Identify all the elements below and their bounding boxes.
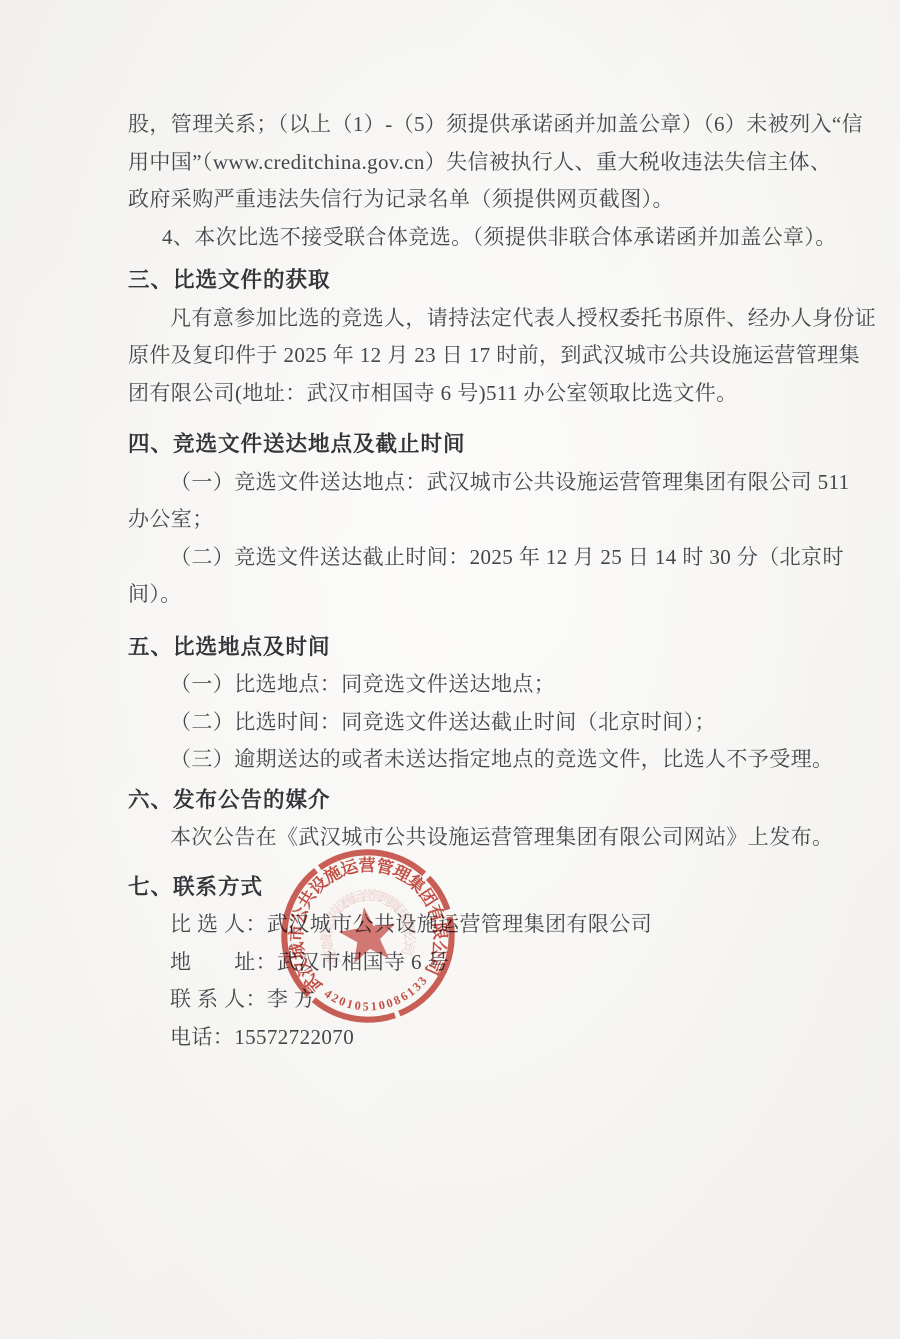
section-4-heading: 四、竞选文件送达地点及截止时间 bbox=[128, 426, 788, 464]
section-3-line-3: 团有限公司(地址：武汉市相国寺 6 号)511 办公室领取比选文件。 bbox=[128, 375, 788, 413]
section-6-heading: 六、发布公告的媒介 bbox=[128, 782, 788, 820]
scanned-document-page: 股，管理关系；（以上（1）-（5）须提供承诺函并加盖公章）（6）未被列入“信 用… bbox=[0, 0, 900, 1339]
svg-text:限: 限 bbox=[429, 922, 449, 940]
section-4-line-2: 办公室； bbox=[128, 501, 788, 539]
continuation-line-1: 股，管理关系；（以上（1）-（5）须提供承诺函并加盖公章）（6）未被列入“信 bbox=[128, 106, 788, 144]
continuation-line-3: 政府采购严重违法失信行为记录名单（须提供网页截图）。 bbox=[128, 181, 788, 219]
svg-text:市: 市 bbox=[286, 924, 307, 942]
section-5-heading: 五、比选地点及时间 bbox=[128, 629, 788, 667]
company-seal: 武汉城市公共设施运营管理集团有限公司 武汉城市公共设施运营管理集团有限公司 42… bbox=[274, 842, 462, 1030]
section-5-line-2: （二）比选时间：同竞选文件送达截止时间（北京时间）； bbox=[128, 704, 788, 742]
svg-text:0: 0 bbox=[354, 998, 362, 1013]
svg-text:运: 运 bbox=[339, 857, 360, 880]
section-5-line-3: （三）逾期送达的或者未送达指定地点的竞选文件，比选人不予受理。 bbox=[128, 741, 788, 779]
svg-text:5: 5 bbox=[362, 999, 369, 1013]
section-4-line-4: 间）。 bbox=[128, 576, 788, 614]
svg-text:1: 1 bbox=[370, 999, 377, 1013]
section-3-line-1: 凡有意参加比选的竞选人，请持法定代表人授权委托书原件、经办人身份证 bbox=[128, 300, 788, 338]
section-5-line-1: （一）比选地点：同竞选文件送达地点； bbox=[128, 666, 788, 704]
star-icon bbox=[336, 903, 400, 965]
section-4-line-1: （一）竞选文件送达地点：武汉城市公共设施运营管理集团有限公司 511 bbox=[128, 464, 788, 502]
section-3-heading: 三、比选文件的获取 bbox=[128, 262, 788, 300]
svg-text:营: 营 bbox=[359, 856, 376, 875]
continuation-line-2: 用中国”（www.creditchina.gov.cn）失信被执行人、重大税收违… bbox=[128, 144, 788, 182]
svg-text:城: 城 bbox=[287, 941, 309, 961]
section-4-line-3: （二）竞选文件送达截止时间：2025 年 12 月 25 日 14 时 30 分… bbox=[128, 539, 788, 577]
section-3-line-2: 原件及复印件于 2025 年 12 月 23 日 17 时前，到武汉城市公共设施… bbox=[128, 337, 788, 375]
item-4-line: 4、本次比选不接受联合体竞选。（须提供非联合体承诺函并加盖公章）。 bbox=[128, 219, 788, 257]
